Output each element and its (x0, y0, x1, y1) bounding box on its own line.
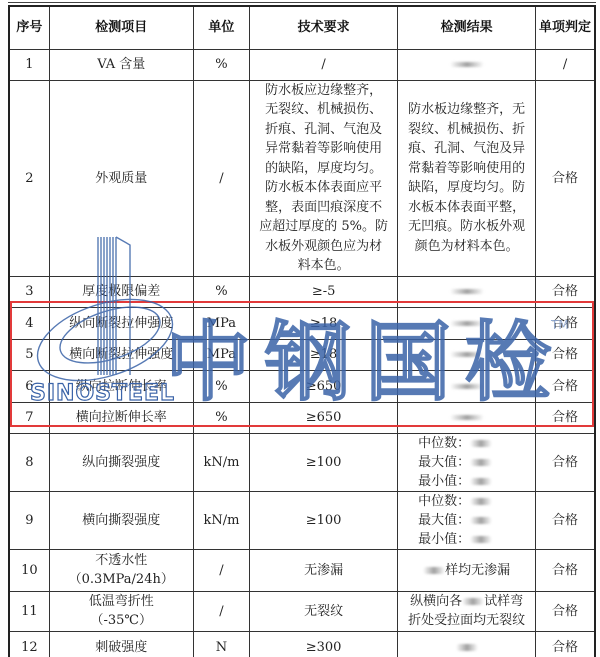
cell-result: 纵横向各试样弯 折处受拉面均无裂纹 (398, 591, 536, 631)
header-item: 检测项目 (49, 6, 193, 49)
stat-median: 中位数： (400, 492, 533, 511)
cell-unit: % (193, 49, 249, 80)
table-row: 11 低温弯折性 （-35℃） / 无裂纹 纵横向各试样弯 折处受拉面均无裂纹 … (9, 591, 595, 631)
redacted-value (470, 478, 492, 485)
cell-item: VA 含量 (49, 49, 193, 80)
redacted-value (462, 598, 484, 605)
cell-unit: kN/m (193, 491, 249, 549)
cell-item: 纵向撕裂强度 (49, 433, 193, 491)
cell-verdict: 合格 (536, 80, 595, 276)
stat-label: 中位数： (418, 494, 470, 509)
stat-label: 中位数： (418, 436, 470, 451)
cell-item: 刺破强度 (49, 631, 193, 657)
cell-no: 11 (9, 591, 49, 631)
cell-result: 防水板边缘整齐，无 裂纹、机械损伤、折 痕、孔洞、气泡及异 常黏着等影响使用的 … (398, 80, 536, 276)
cell-verdict: 合格 (536, 549, 595, 591)
cell-result (398, 631, 536, 657)
cell-requirement: 无裂纹 (250, 591, 398, 631)
cell-item: 横向撕裂强度 (49, 491, 193, 549)
watermark-tm: TM (551, 318, 569, 332)
header-row: 序号 检测项目 单位 技术要求 检测结果 单项判定 (9, 6, 595, 49)
cell-no: 7 (9, 402, 49, 433)
cell-no: 8 (9, 433, 49, 491)
redacted-value (470, 517, 492, 524)
cell-requirement: ≥-5 (250, 276, 398, 307)
cell-verdict: / (536, 49, 595, 80)
stat-min: 最小值： (400, 472, 533, 491)
cell-result (398, 49, 536, 80)
cell-unit: % (193, 276, 249, 307)
cell-requirement: 防水板应边缘整齐， 无裂纹、机械损伤、 折痕、孔洞、气泡及 异常黏着等影响使用 … (250, 80, 398, 276)
redacted-value (470, 459, 492, 466)
stat-median: 中位数： (400, 434, 533, 453)
result-text: 试样弯 (484, 594, 523, 609)
header-requirement: 技术要求 (250, 6, 398, 49)
watermark-brand: SINOSTEEL (30, 382, 175, 406)
test-report-page: 序号 检测项目 单位 技术要求 检测结果 单项判定 1 VA 含量 % / / … (0, 0, 600, 657)
cell-result: 中位数： 最大值： 最小值： (398, 491, 536, 549)
cell-requirement: / (250, 49, 398, 80)
stat-label: 最大值： (418, 513, 470, 528)
redacted-value (450, 415, 484, 420)
cell-result: 中位数： 最大值： 最小值： (398, 433, 536, 491)
table-row: 10 不透水性 （0.3MPa/24h） / 无渗漏 样均无渗漏 合格 (9, 549, 595, 591)
cell-verdict: 合格 (536, 433, 595, 491)
stat-label: 最小值： (418, 474, 470, 489)
table-row: 12 刺破强度 N ≥300 合格 (9, 631, 595, 657)
stat-label: 最大值： (418, 455, 470, 470)
header-unit: 单位 (193, 6, 249, 49)
cell-requirement: ≥100 (250, 491, 398, 549)
top-rule (8, 2, 596, 3)
cell-verdict: 合格 (536, 591, 595, 631)
cell-item: 低温弯折性 （-35℃） (49, 591, 193, 631)
redacted-value (456, 644, 478, 651)
stat-min: 最小值： (400, 530, 533, 549)
stat-max: 最大值： (400, 453, 533, 472)
watermark-chinese: 中钢国检 (165, 318, 565, 408)
stat-label: 最小值： (418, 532, 470, 547)
cell-result (398, 276, 536, 307)
cell-verdict: 合格 (536, 491, 595, 549)
redacted-value (470, 440, 492, 447)
cell-requirement: ≥100 (250, 433, 398, 491)
cell-verdict: 合格 (536, 631, 595, 657)
result-text: 样均无渗漏 (445, 563, 510, 578)
cell-item: 不透水性 （0.3MPa/24h） (49, 549, 193, 591)
cell-no: 12 (9, 631, 49, 657)
table-row: 8 纵向撕裂强度 kN/m ≥100 中位数： 最大值： 最小值： 合格 (9, 433, 595, 491)
redacted-value (450, 289, 484, 294)
table-row: 1 VA 含量 % / / (9, 49, 595, 80)
cell-unit: / (193, 591, 249, 631)
sinosteel-logo-icon (30, 235, 180, 395)
header-result: 检测结果 (398, 6, 536, 49)
cell-verdict: 合格 (536, 276, 595, 307)
header-no: 序号 (9, 6, 49, 49)
redacted-value (423, 567, 445, 574)
stat-max: 最大值： (400, 511, 533, 530)
cell-no: 1 (9, 49, 49, 80)
cell-unit: N (193, 631, 249, 657)
result-text: 折处受拉面均无裂纹 (408, 613, 525, 628)
cell-no: 9 (9, 491, 49, 549)
cell-requirement: ≥300 (250, 631, 398, 657)
header-verdict: 单项判定 (536, 6, 595, 49)
cell-unit: kN/m (193, 433, 249, 491)
cell-result: 样均无渗漏 (398, 549, 536, 591)
cell-unit: / (193, 549, 249, 591)
redacted-value (470, 498, 492, 505)
cell-requirement: 无渗漏 (250, 549, 398, 591)
redacted-value (470, 536, 492, 543)
table-row: 9 横向撕裂强度 kN/m ≥100 中位数： 最大值： 最小值： 合格 (9, 491, 595, 549)
result-text: 纵横向各 (410, 594, 462, 609)
cell-no: 10 (9, 549, 49, 591)
cell-unit: / (193, 80, 249, 276)
redacted-value (450, 62, 484, 67)
